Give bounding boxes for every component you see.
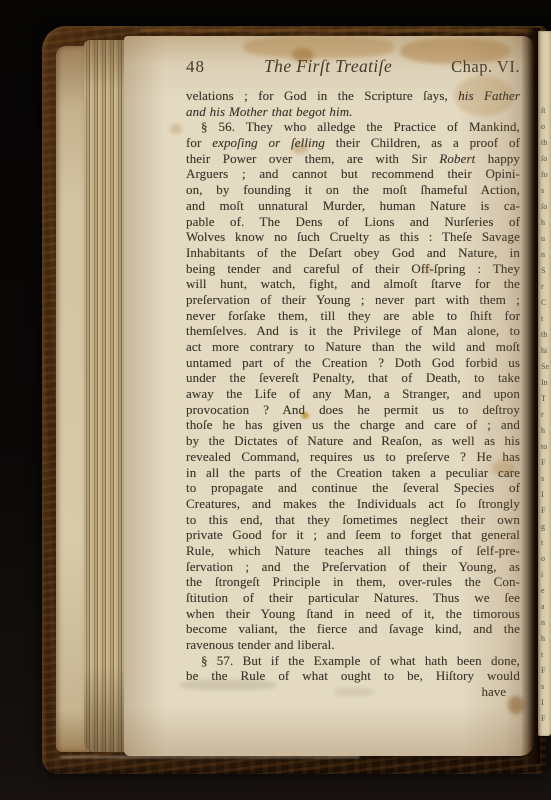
- text-line: preſervation of their Young ; never part…: [186, 292, 520, 308]
- text-line: under the ſevereſt Penalty, that of Deat…: [186, 370, 520, 386]
- text-block: 48 The Firſt Treatiſe Chap. VI. velation…: [186, 55, 520, 700]
- text-line: on, by founding it on the moſt ſhameful …: [186, 182, 520, 198]
- book-photo: 48 The Firſt Treatiſe Chap. VI. velation…: [0, 0, 551, 800]
- text-line: to propagate and continue the ſeveral Sp…: [186, 480, 520, 496]
- text-line: revealed Command, requires us to preſerv…: [186, 449, 520, 465]
- text-line: § 56. They who alledge the Practice of M…: [186, 119, 520, 135]
- foxing-stain: [170, 124, 182, 134]
- text-line: Rule, which Nature teaches all things of…: [186, 543, 520, 559]
- text-line: ſervation ; and the Preſervation of thei…: [186, 559, 520, 575]
- text-line: Wolves know no ſuch Cruelty as this : Th…: [186, 229, 520, 245]
- text-line: by the Dictates of Nature and Reaſon, as…: [186, 433, 520, 449]
- text-line: pable of. The Dens of Lions and Nurſerie…: [186, 214, 520, 230]
- text-line: for expoſing or ſelling their Children, …: [186, 135, 520, 151]
- book-top-edge-highlight: [140, 29, 540, 32]
- text-line: velations ; for God in the Scripture ſay…: [186, 88, 520, 104]
- text-line: and his Mother that begot him.: [186, 104, 520, 120]
- text-line: private Good for it ; and ſeem to forget…: [186, 527, 520, 543]
- text-line: provocation ? And does he permit us to d…: [186, 402, 520, 418]
- text-line: their Power over them, are with Sir Robe…: [186, 151, 520, 167]
- text-line: § 57. But if the Example of what hath be…: [186, 653, 520, 669]
- running-title: The Firſt Treatiſe: [264, 55, 392, 77]
- page-header: 48 The Firſt Treatiſe Chap. VI.: [186, 55, 520, 77]
- text-line: ravenous tender and liberal.: [186, 637, 520, 653]
- facing-page-sliver: ſt o th ſo fo s ſo h u n S r C t th hi S…: [538, 31, 551, 736]
- text-line: thoſe he has given us the charge and car…: [186, 417, 520, 433]
- text-line: and moſt unnatural Murder, human Nature …: [186, 198, 520, 214]
- text-line: act more contrary to Nature than the wil…: [186, 339, 520, 355]
- text-line: Inhabitants of the Deſart obey God and N…: [186, 245, 520, 261]
- text-line: Creatures, and makes the Individuals act…: [186, 496, 520, 512]
- catchword: have: [186, 684, 520, 700]
- text-line: ſtitution of their particular Natures. T…: [186, 590, 520, 606]
- text-line: themſelves. And is it the Privilege of M…: [186, 323, 520, 339]
- text-line: to this end, that they ſometimes neglect…: [186, 512, 520, 528]
- page-number: 48: [186, 56, 205, 78]
- text-line: Arguers ; and cannot but recommend their…: [186, 166, 520, 182]
- text-line: in all the parts of the Creation taken a…: [186, 465, 520, 481]
- text-line: become valiant, the fierce and ſavage ki…: [186, 621, 520, 637]
- text-line: untamed part of the Creation ? Doth God …: [186, 355, 520, 371]
- text-line: being tender and careful of their Off-ſp…: [186, 261, 520, 277]
- text-line: away the Life of any Man, a Stranger, an…: [186, 386, 520, 402]
- facing-page-sliver-text: ſt o th ſo fo s ſo h u n S r C t th hi S…: [538, 31, 551, 727]
- text-line: when their Young ſtand in need of it, th…: [186, 606, 520, 622]
- text-line: the ſtrongeſt Principle in them, over-ru…: [186, 574, 520, 590]
- text-line: never forſake them, till they are able t…: [186, 308, 520, 324]
- text-line: will hunt, watch, fight, and almoſt ſtar…: [186, 276, 520, 292]
- text-line: be the Rule of what ought to be, Hiſtory…: [186, 668, 520, 684]
- book-page: 48 The Firſt Treatiſe Chap. VI. velation…: [124, 36, 534, 756]
- bottom-edge-highlight: [60, 756, 360, 758]
- body-text: velations ; for God in the Scripture ſay…: [186, 88, 520, 684]
- chapter-heading: Chap. VI.: [451, 56, 520, 78]
